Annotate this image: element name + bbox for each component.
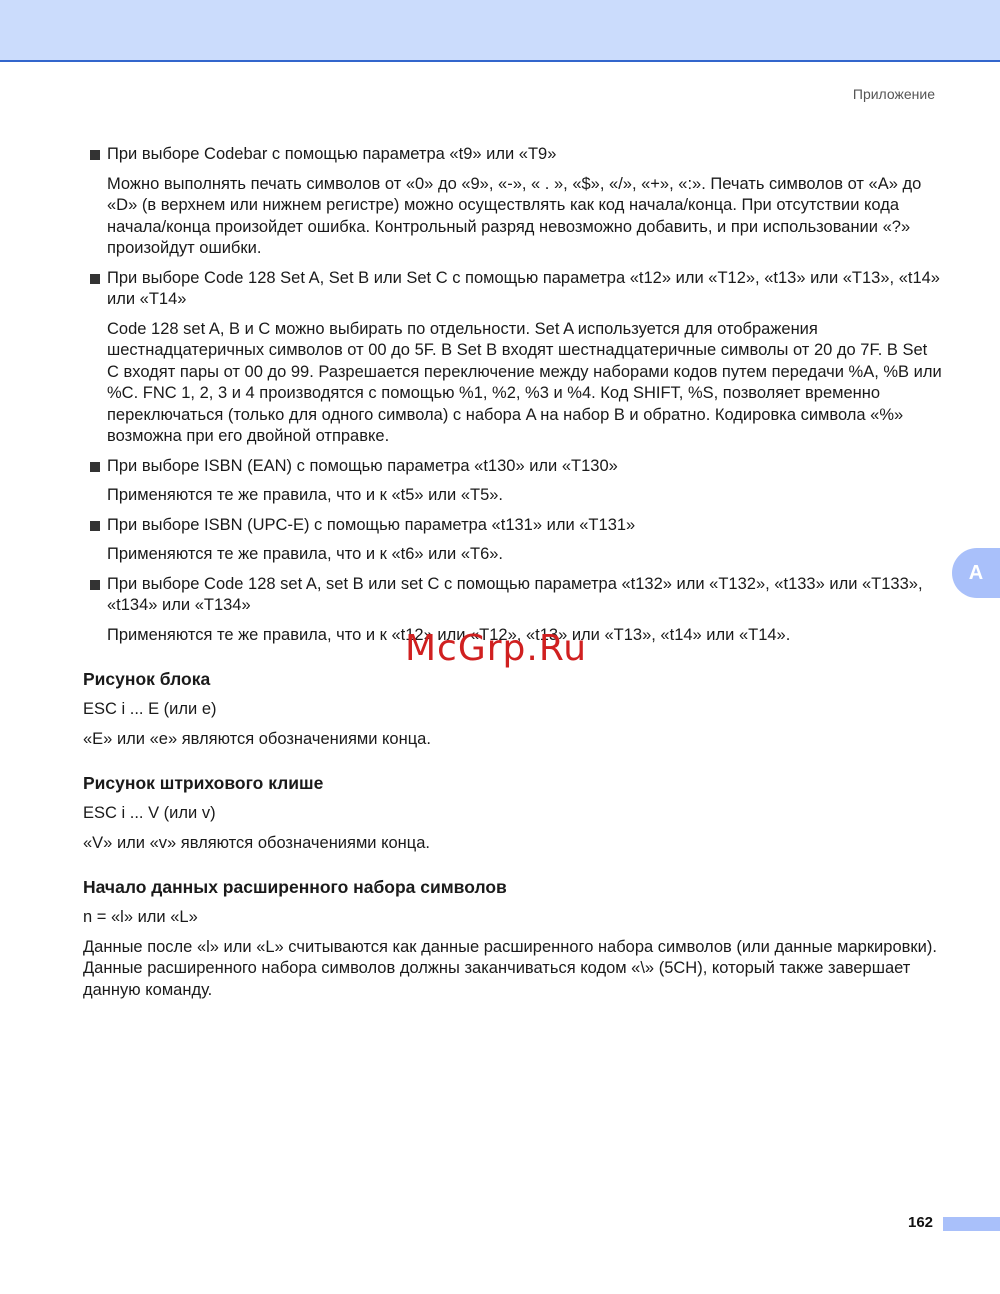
section-label: Приложение [853,86,935,102]
section-heading: Начало данных расширенного набора символ… [83,876,943,898]
page-number: 162 [908,1214,933,1231]
bullet-desc: Code 128 set A, B и C можно выбирать по … [83,319,943,448]
section-line: ESC i ... V (или v) [83,803,943,825]
section-line: n = «l» или «L» [83,907,943,929]
bullet-desc: Применяются те же правила, что и к «t6» … [83,544,943,566]
bullet-square-icon [90,521,100,531]
bullet-isbn-ean: При выборе ISBN (EAN) с помощью параметр… [83,456,943,478]
bullet-code128: При выборе Code 128 Set A, Set B или Set… [83,268,943,311]
section-line: «V» или «v» являются обозначениями конца… [83,833,943,855]
section-line: «E» или «e» являются обозначениями конца… [83,729,943,751]
appendix-tab[interactable]: A [952,548,1000,598]
section-heading: Рисунок блока [83,668,943,690]
section-heading: Рисунок штрихового клише [83,772,943,794]
bullet-desc: Можно выполнять печать символов от «0» д… [83,174,943,260]
page-bar [943,1217,1000,1231]
watermark: McGrp.Ru [405,628,587,669]
bullet-desc: Применяются те же правила, что и к «t5» … [83,485,943,507]
bullet-codebar: При выборе Codebar с помощью параметра «… [83,144,943,166]
bullet-code128-t132: При выборе Code 128 set A, set B или set… [83,574,943,617]
page-content: При выборе Codebar с помощью параметра «… [83,144,943,1009]
bullet-square-icon [90,274,100,284]
bullet-square-icon [90,150,100,160]
section-line: Данные после «l» или «L» считываются как… [83,937,943,1002]
bullet-square-icon [90,580,100,590]
bullet-square-icon [90,462,100,472]
header-band [0,0,1000,62]
section-line: ESC i ... E (или e) [83,699,943,721]
bullet-isbn-upce: При выборе ISBN (UPC-E) с помощью параме… [83,515,943,537]
